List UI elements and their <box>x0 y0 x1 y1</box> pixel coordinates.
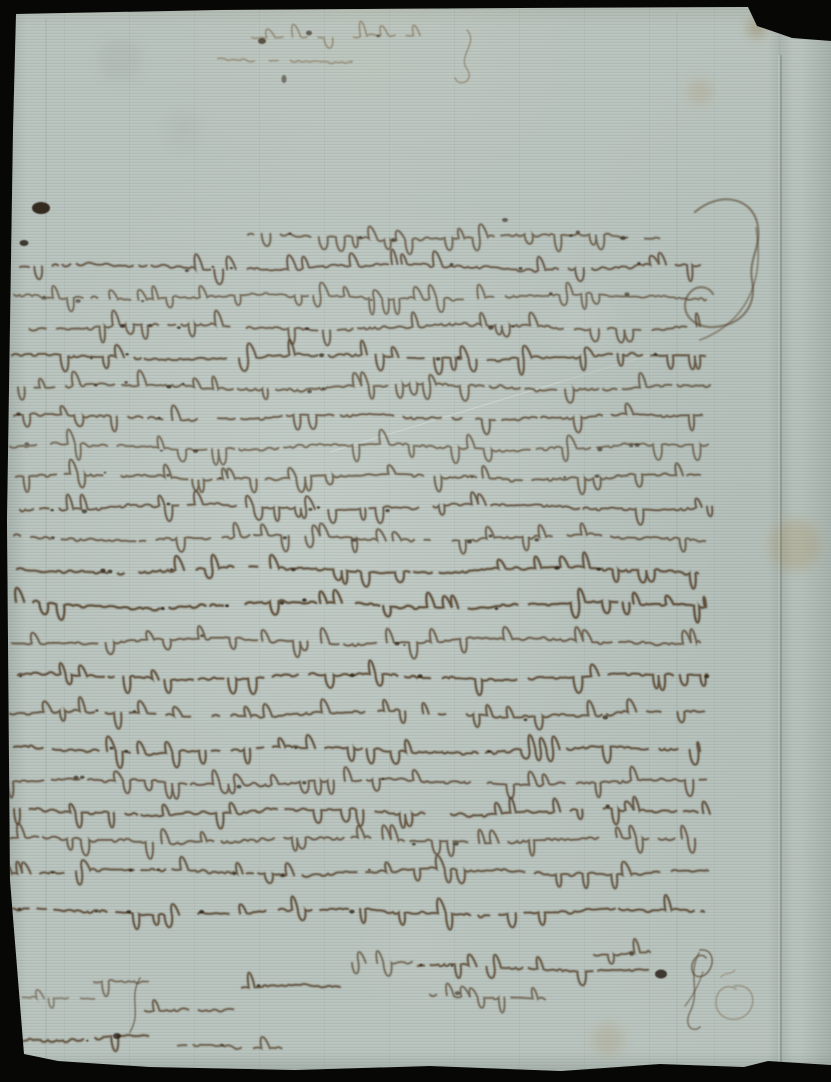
handwriting-line <box>14 283 706 315</box>
ink-blot <box>258 38 266 44</box>
handwriting-line-halo <box>18 371 710 403</box>
signature-upstroke <box>688 953 700 1029</box>
handwriting-line <box>10 429 708 464</box>
ink-accent-blob <box>535 538 540 541</box>
ink-accent-blob <box>156 869 159 872</box>
ink-accent-blob <box>161 607 165 610</box>
ink-accent-blob <box>90 357 93 359</box>
ink-accent-blob <box>291 568 295 571</box>
archival-annotation <box>218 21 420 63</box>
signature-block <box>3 939 650 1055</box>
ink-accent-blob <box>412 843 416 846</box>
ink-accent-blob <box>82 509 87 513</box>
ink-accent-blob <box>133 710 136 712</box>
ink-accent-blob <box>488 326 493 330</box>
ink-accent-blob <box>487 750 491 753</box>
ring-flourish <box>716 986 753 1020</box>
ink-accent-blob <box>597 568 601 571</box>
handwriting-line-halo <box>18 660 708 695</box>
ink-accent-blob <box>129 869 133 872</box>
ink-accent-blob <box>554 566 559 570</box>
ink-accent-blob <box>635 443 640 447</box>
ink-accent-blob <box>624 292 629 296</box>
ink-accent-blob <box>524 718 528 721</box>
ink-accent-blob <box>654 353 658 356</box>
ink-accent-blob <box>167 385 172 389</box>
ink-accent-blob <box>177 326 181 329</box>
ink-accent-blob <box>160 450 163 452</box>
ink-accent-blob <box>42 296 46 299</box>
ink-accent-blob <box>629 444 633 447</box>
ink-accent-blob <box>308 508 312 511</box>
ink-accent-blob <box>51 536 55 539</box>
ink-accent-blob <box>606 805 610 808</box>
ink-accent-blob <box>76 299 81 303</box>
handwriting-line-halo <box>594 939 650 964</box>
opening-flourish <box>685 199 758 327</box>
ink-accent-blob <box>319 353 324 357</box>
ink-accent-blob <box>283 536 287 539</box>
ink-accent-blob <box>350 673 355 677</box>
ink-accent-blob <box>289 232 292 234</box>
ink-accent-blob <box>124 381 128 384</box>
ink-accent-blob <box>419 964 422 967</box>
ink-accent-blob <box>100 569 105 573</box>
ink-accent-blob <box>19 675 22 677</box>
ink-accent-blob <box>451 965 454 967</box>
ink-blot <box>655 970 667 979</box>
ink-accent-blob <box>454 842 459 846</box>
ink-accent-blob <box>170 568 173 571</box>
handwriting-line <box>12 626 700 658</box>
handwriting-line <box>18 660 708 695</box>
ink-accent-blob <box>436 357 441 361</box>
ink-accent-blob <box>376 34 380 37</box>
ink-accent-blob <box>125 353 128 356</box>
ink-accent-blob <box>127 910 132 913</box>
stain-right-margin <box>769 519 821 571</box>
ink-accent-blob <box>166 503 170 506</box>
handwriting-line <box>252 21 420 48</box>
ink-accent-blob <box>629 952 634 955</box>
ink-accent-blob <box>281 873 285 876</box>
ink-accent-blob <box>257 984 261 987</box>
ink-accent-blob <box>166 474 170 477</box>
ink-blot <box>32 202 50 214</box>
ink-accent-blob <box>149 324 152 327</box>
ink-accent-blob <box>403 644 406 646</box>
ink-accent-blob <box>225 604 229 607</box>
ink-accent-blob <box>74 776 79 780</box>
ink-accent-blob <box>104 472 107 474</box>
ink-accent-blob <box>124 750 128 753</box>
handwriting-bleedthrough-layer <box>0 0 831 1082</box>
ink-accent-blob <box>317 506 321 509</box>
flourish-layer <box>130 30 758 1032</box>
ink-accent-blob <box>294 747 297 749</box>
ring-flourish-cap <box>721 970 735 977</box>
ink-accent-blob <box>95 911 98 913</box>
ink-layer <box>0 21 758 1055</box>
ink-accent-blob <box>158 417 161 419</box>
ink-accent-blob <box>51 871 54 873</box>
ink-accent-blob <box>141 300 144 302</box>
ink-accent-blob <box>94 384 98 387</box>
ink-accent-blob <box>219 477 222 479</box>
top-annotation-flourish <box>455 30 471 83</box>
opening-flourish-tail <box>700 228 758 340</box>
stain-bottom <box>592 1024 624 1056</box>
ink-blot <box>282 75 287 83</box>
ink-accent-blob <box>322 387 325 389</box>
ink-accent-blob <box>307 390 312 393</box>
ink-accent-blob <box>563 476 566 478</box>
ink-accent-blob <box>637 262 640 265</box>
ink-accent-blob <box>120 324 125 328</box>
ink-accent-blob <box>382 778 385 780</box>
ink-accent-blob <box>230 267 233 269</box>
ink-blot <box>306 31 312 36</box>
main-text-block <box>0 224 712 929</box>
ink-accent-blob <box>395 642 400 646</box>
ink-accent-blob <box>86 1040 89 1042</box>
manuscript-page <box>0 0 831 1082</box>
ink-accent-blob <box>597 447 602 451</box>
ink-accent-blob <box>495 607 499 610</box>
handwriting-line <box>5 855 708 888</box>
ink-accent-blob <box>193 449 198 453</box>
ink-accent-blob <box>110 747 114 750</box>
ink-accent-blob <box>302 598 307 602</box>
ink-accent-blob <box>80 776 84 779</box>
ink-accent-blob <box>358 236 362 239</box>
ink-accent-blob <box>232 872 236 875</box>
ink-accent-blob <box>576 231 580 234</box>
ink-accent-blob <box>455 991 460 995</box>
ink-accent-blob <box>512 325 515 327</box>
ink-accent-blob <box>603 715 609 719</box>
ink-accent-blob <box>457 356 461 359</box>
ink-accent-blob <box>302 781 306 784</box>
manuscript-scan <box>0 0 831 1082</box>
stain-top-right <box>687 79 713 105</box>
ink-accent-blob <box>467 540 472 544</box>
ink-accent-blob <box>391 238 396 241</box>
ink-accent-blob <box>305 327 309 330</box>
stain-layer <box>98 18 821 1056</box>
ink-accent-blob <box>549 292 553 295</box>
ink-blot <box>20 240 29 246</box>
ink-accent-blob <box>349 910 354 914</box>
ink-accent-blob <box>450 263 454 266</box>
ink-accent-blob <box>24 442 29 446</box>
ink-accent-blob <box>18 908 22 911</box>
ink-accent-blob <box>280 601 285 605</box>
ink-accent-blob <box>16 412 21 416</box>
ink-accent-blob <box>370 299 373 301</box>
handwriting-line-halo <box>14 523 705 554</box>
ink-accent-blob <box>569 234 573 237</box>
ink-accent-blob <box>385 509 389 512</box>
ink-blot <box>113 1033 121 1039</box>
handwriting-line <box>15 588 706 623</box>
ink-accent-blob <box>418 674 423 678</box>
signature-descender <box>130 978 140 1032</box>
stain-top-left <box>98 38 142 82</box>
ink-accent-blob <box>704 675 709 679</box>
ink-blot <box>4 246 10 258</box>
ink-accent-blob <box>368 869 371 871</box>
ink-accent-blob <box>519 267 523 270</box>
ink-accent-blob <box>2 908 7 912</box>
ink-blot <box>502 218 508 222</box>
ink-accent-blob <box>471 476 474 478</box>
ink-accent-blob <box>620 236 625 240</box>
ink-accent-blob <box>221 1044 224 1046</box>
ink-accent-blob <box>212 266 215 268</box>
ink-accent-blob <box>95 709 98 711</box>
handwriting-line <box>5 1027 148 1055</box>
handwriting-line <box>17 552 698 588</box>
ink-accent-blob <box>108 570 113 574</box>
ink-accent-blob <box>237 785 242 789</box>
ink-accent-blob <box>352 538 357 542</box>
handwriting-line-halo <box>352 951 412 976</box>
ink-accent-blob <box>489 535 493 538</box>
ink-accent-blob <box>185 269 189 272</box>
ink-accent-blob <box>182 383 185 385</box>
ink-accent-blob <box>50 509 54 512</box>
ink-accent-blob <box>200 634 204 637</box>
ink-accent-blob <box>199 910 204 914</box>
ink-accent-blob <box>595 475 599 478</box>
handwriting-line <box>10 824 700 859</box>
stain-deckle-notch <box>747 18 767 38</box>
handwriting-line-halo <box>218 58 352 63</box>
